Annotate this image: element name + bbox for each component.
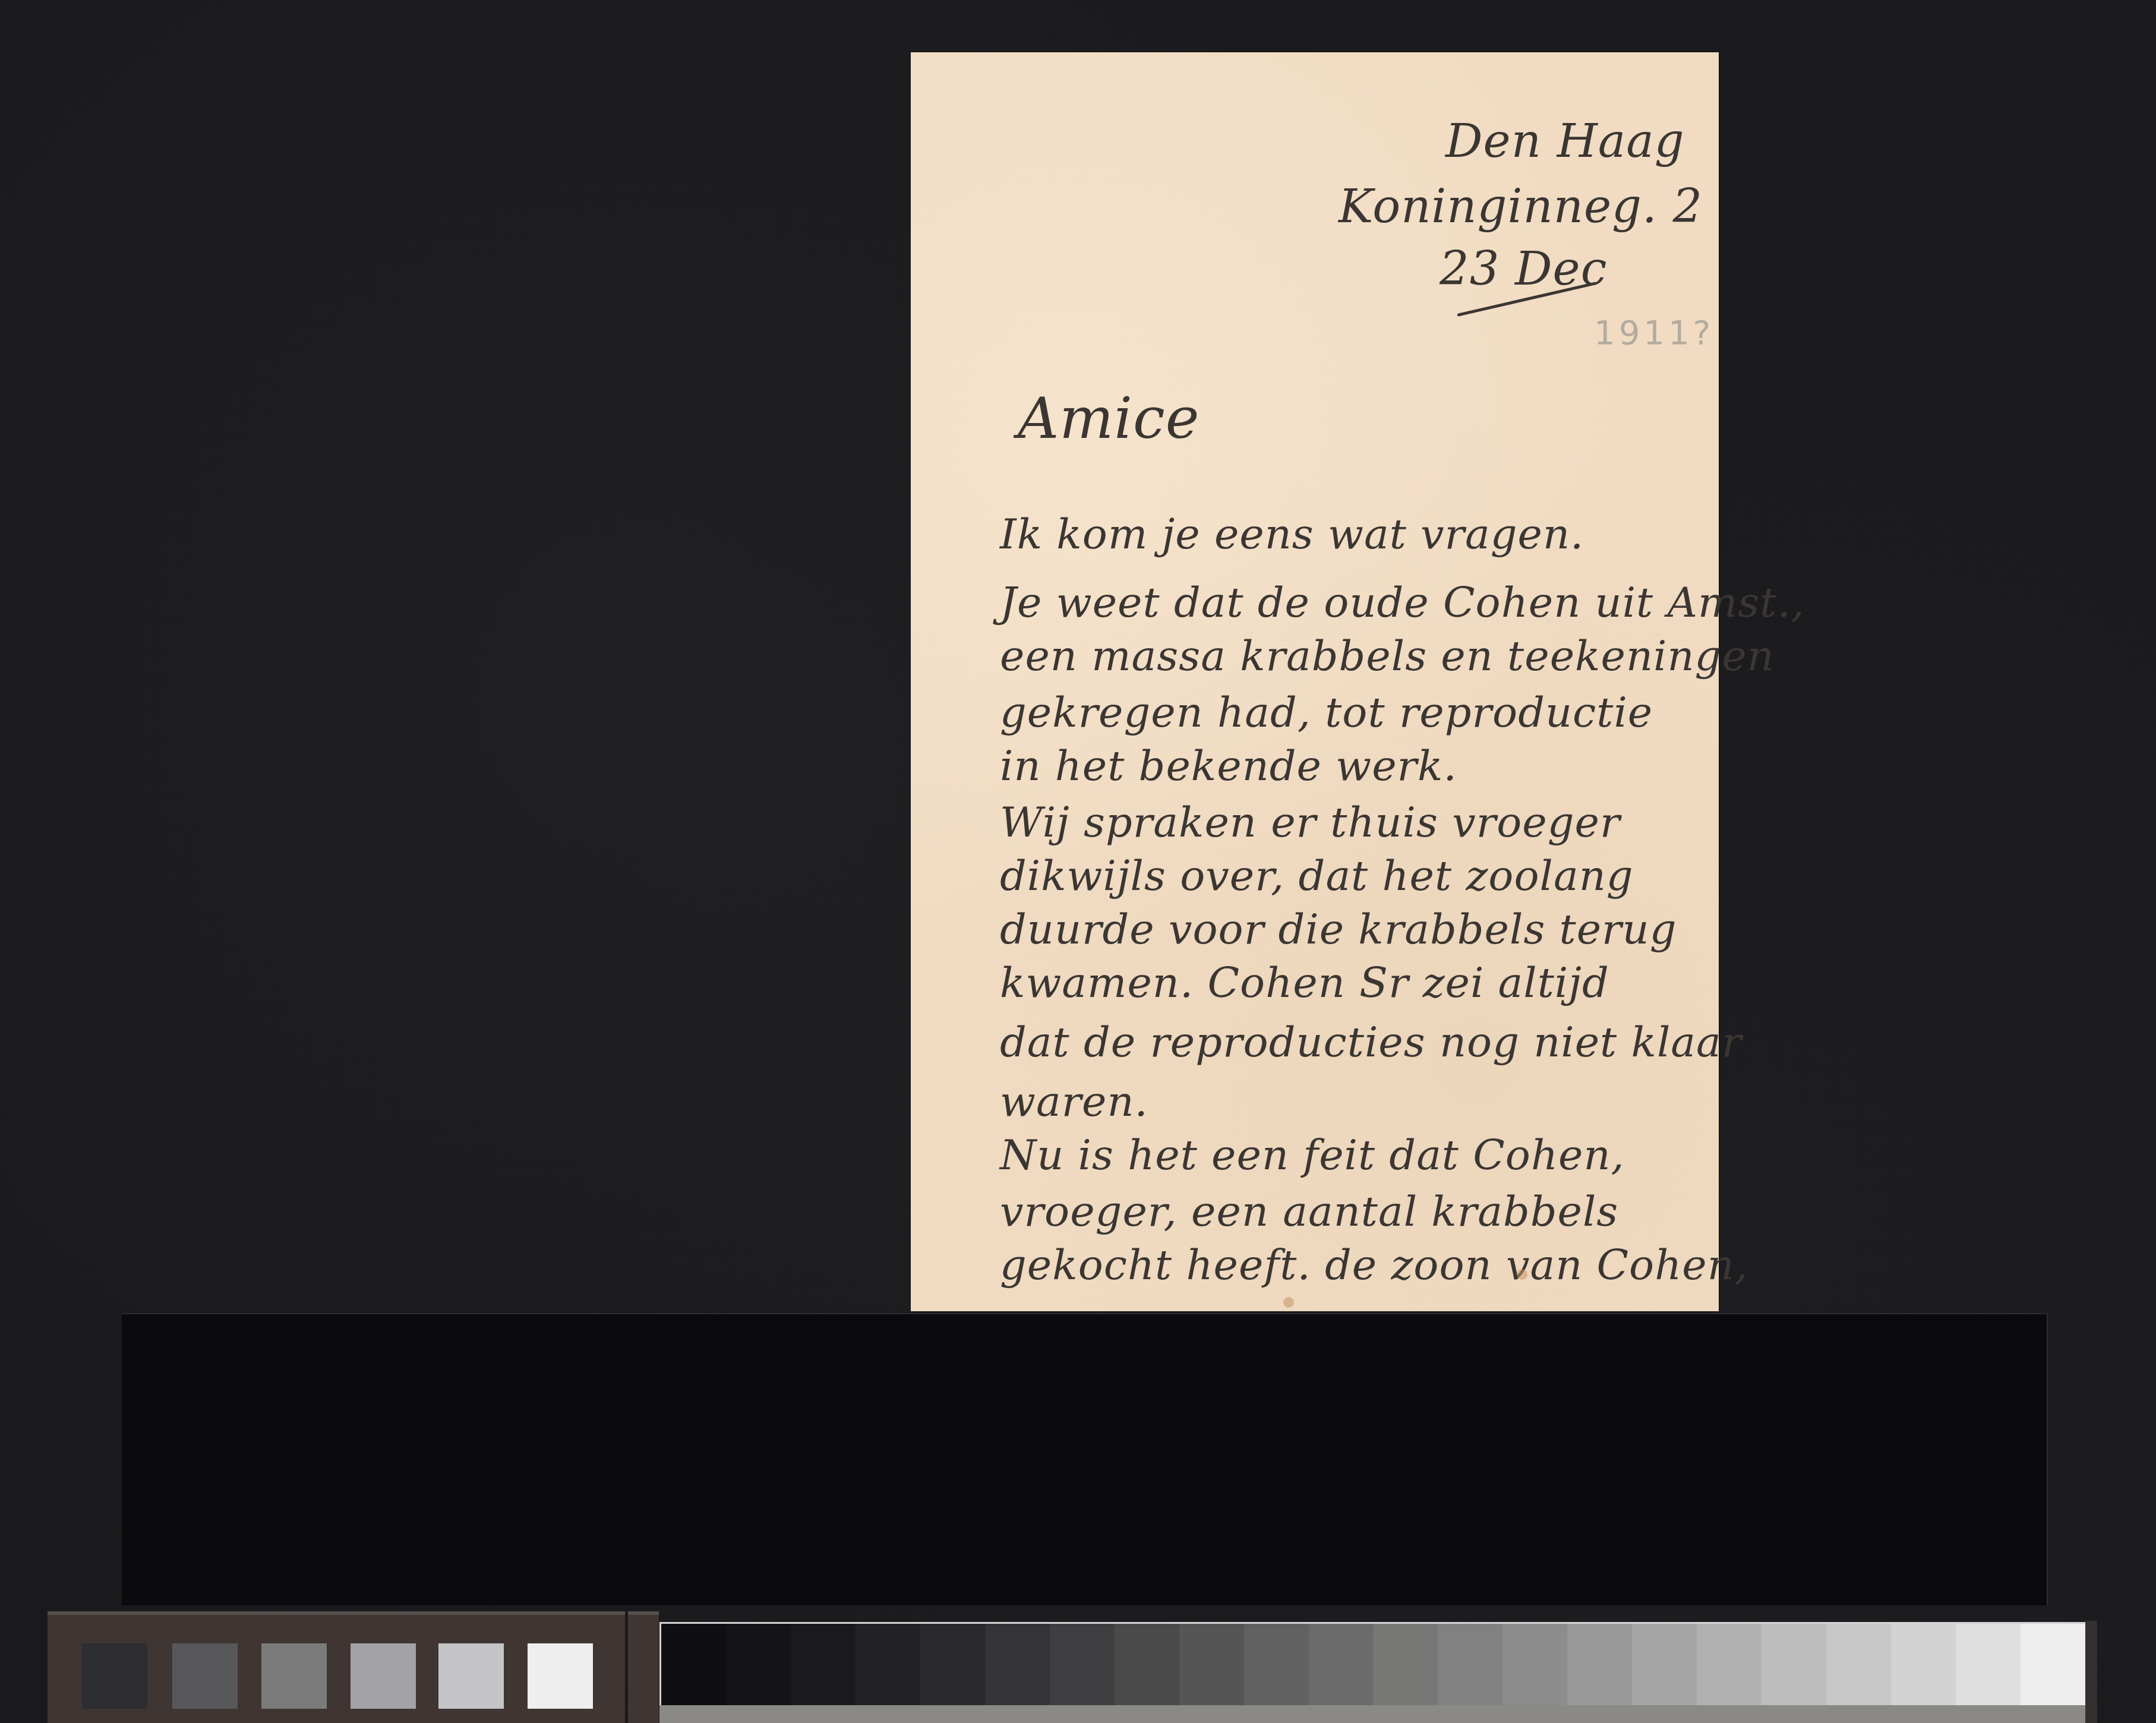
wedge-step <box>1762 1624 1826 1707</box>
letter-page: Den Haag Koninginneg. 2 23 Dec 1911? Ami… <box>911 52 1719 1311</box>
step-wedge-base-strip <box>659 1705 2085 1723</box>
body-line: Ik kom je eens wat vragen. <box>1000 510 1584 558</box>
header-address: Koninginneg. 2 <box>1339 180 1703 233</box>
wedge-step <box>1891 1624 1956 1707</box>
wedge-step <box>791 1624 856 1707</box>
wedge-step <box>661 1624 726 1707</box>
wedge-step <box>1826 1624 1891 1707</box>
pencil-year-annotation: 1911? <box>1594 314 1714 352</box>
body-line: gekocht heeft. de zoon van Cohen, <box>1000 1241 1748 1289</box>
wedge-step <box>1373 1624 1438 1707</box>
grey-patch <box>172 1643 238 1709</box>
wedge-step <box>985 1624 1050 1707</box>
wedge-step <box>1697 1624 1762 1707</box>
wedge-step <box>1502 1624 1567 1707</box>
wedge-step <box>726 1624 791 1707</box>
body-line: waren. <box>1000 1077 1148 1126</box>
body-line: Wij spraken er thuis vroeger <box>1000 798 1620 847</box>
grey-patch <box>351 1643 416 1709</box>
body-line: kwamen. Cohen Sr zei altijd <box>1000 958 1609 1007</box>
body-line: een massa krabbels en teekeningen <box>1000 632 1775 680</box>
wedge-step <box>1438 1624 1502 1707</box>
body-line: gekregen had, tot reproductie <box>1000 688 1653 737</box>
body-line: dikwijls over, dat het zoolang <box>1000 851 1634 900</box>
grey-patch <box>82 1643 147 1709</box>
body-line: duurde voor die krabbels terug <box>1000 905 1677 954</box>
body-line: Nu is het een feit dat Cohen, <box>1000 1131 1625 1179</box>
grey-patch <box>438 1643 504 1709</box>
foxing-spot <box>1517 1269 1527 1280</box>
wedge-step <box>1050 1624 1115 1707</box>
wedge-step <box>920 1624 985 1707</box>
black-mat-panel <box>122 1313 2048 1605</box>
grey-patch <box>261 1643 327 1709</box>
grey-reference-card <box>48 1611 625 1723</box>
wedge-step <box>1179 1624 1244 1707</box>
header-place: Den Haag <box>1445 115 1685 168</box>
body-line: vroeger, een aantal krabbels <box>1000 1187 1618 1236</box>
body-line: dat de reproducties nog niet klaar <box>1000 1018 1742 1066</box>
grey-card-extension <box>628 1611 659 1723</box>
grey-patch <box>528 1643 593 1709</box>
wedge-step <box>1244 1624 1309 1707</box>
wedge-step <box>1632 1624 1697 1707</box>
wedge-step <box>856 1624 920 1707</box>
foxing-spot <box>1283 1297 1294 1308</box>
wedge-step <box>1567 1624 1632 1707</box>
body-line: in het bekende werk. <box>1000 741 1457 790</box>
wedge-step <box>1956 1624 2021 1707</box>
body-line: Je weet dat de oude Cohen uit Amst., <box>1000 578 1805 627</box>
salutation: Amice <box>1018 385 1200 452</box>
step-wedge-end-cap <box>2085 1621 2097 1723</box>
wedge-step <box>1309 1624 1374 1707</box>
wedge-step <box>2021 1624 2085 1707</box>
wedge-step <box>1115 1624 1179 1707</box>
